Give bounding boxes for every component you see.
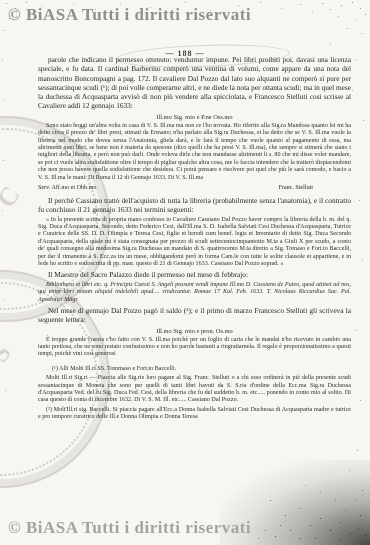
footnote-2-text: (²) Molt'Ill.ri sig. Baccelli. Si piacci… (38, 407, 351, 422)
copyright-watermark-bottom: © BiASA Tutti i diritti riservati (8, 518, 251, 538)
body-paragraph: parole che indicano il permesso ottenuto… (38, 55, 351, 111)
scanned-book-page: © BiASA Tutti i diritti riservati — 188 … (0, 0, 370, 545)
scan-noise-speckle (0, 0, 1, 1)
signature-name: Franc. Stelluti (278, 184, 313, 192)
footnote-1-text: Molti Ill.ri Sig.ri — Piaccia alle Sig.r… (38, 375, 351, 405)
latin-permission-text: Bibliotheca et libri etc. q. Principis C… (38, 282, 351, 304)
signature-closing: Serv. Aff.mo et Obb.mo (38, 184, 96, 192)
scan-corner-speckle (250, 470, 251, 471)
copyright-watermark-top: © BiASA Tutti i diritti riservati (8, 5, 251, 25)
body-paragraph: Il perchè Cassiano trattò dell'acquisto … (38, 196, 351, 215)
letter-salutation: Ill.mo Sig. mio e pron. Os.mo (38, 328, 351, 336)
contract-text: « In la presente scritta di propria mano… (38, 217, 351, 269)
letter-salutation: Ill.mo Sig. mio e P.ne Oss.mo (38, 114, 351, 122)
footnotes-block: (¹) Alli Molti Ill.ri SS. Tommaso e Fort… (38, 366, 351, 422)
body-paragraph: Il Maestro del Sacro Palazzo diede il pe… (38, 270, 351, 279)
letter-body: È troppo grande l'usura c'ho fatto con V… (38, 337, 351, 359)
footnote-1-heading: (¹) Alli Molti Ill.ri SS. Tommaso e Fort… (38, 366, 351, 373)
letter-signature-row: Serv. Aff.mo et Obb.mo Franc. Stelluti (38, 184, 351, 192)
page-text-column: parole che indicano il permesso ottenuto… (38, 55, 351, 424)
letter-body: Sono stato hoggi un'altra volta in casa … (38, 123, 351, 182)
body-paragraph: Nel mese di gennajo Dal Pozzo pagò il sa… (38, 306, 351, 325)
